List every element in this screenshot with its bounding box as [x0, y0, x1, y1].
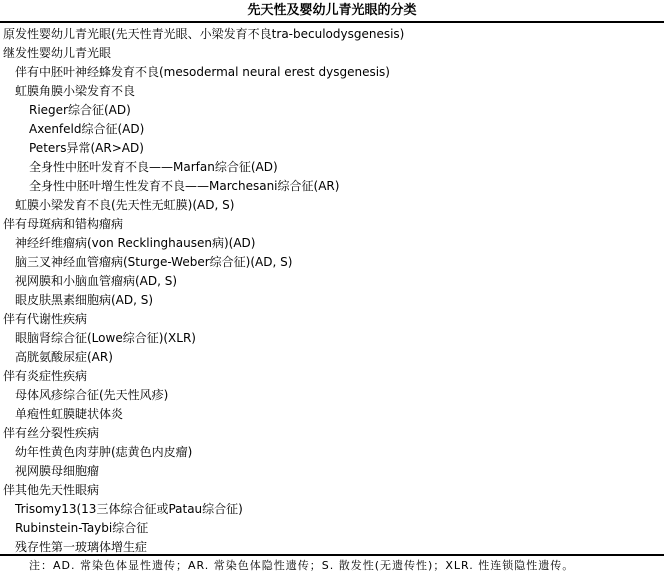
condition-row: Axenfeld综合征(AD) [0, 120, 664, 139]
category-row: 继发性婴幼儿青光眼 [0, 44, 664, 63]
subcategory-row: 虹膜小梁发育不良(先天性无虹膜)(AD, S) [0, 196, 664, 215]
category-row: 伴其他先天性眼病 [0, 481, 664, 500]
category-row: 伴有代谢性疾病 [0, 310, 664, 329]
subcategory-row: 幼年性黄色肉芽肿(痣黄色内皮瘤) [0, 443, 664, 462]
subcategory-row: 眼脑肾综合征(Lowe综合征)(XLR) [0, 329, 664, 348]
subcategory-row: 虹膜角膜小梁发育不良 [0, 82, 664, 101]
subcategory-row: 母体风疹综合征(先天性风疹) [0, 386, 664, 405]
category-row: 原发性婴幼儿青光眼(先天性青光眼、小梁发育不良tra-beculodysgene… [0, 25, 664, 44]
table-title: 先天性及婴幼儿青光眼的分类 [0, 3, 664, 19]
subcategory-row: 脑三叉神经血管瘤病(Sturge-Weber综合征)(AD, S) [0, 253, 664, 272]
top-rule [0, 21, 664, 23]
condition-row: Peters异常(AR>AD) [0, 139, 664, 158]
category-row: 伴有母斑病和错构瘤病 [0, 215, 664, 234]
subcategory-row: 高胱氨酸尿症(AR) [0, 348, 664, 367]
condition-row: Rieger综合征(AD) [0, 101, 664, 120]
footnote: 注：AD. 常染色体显性遗传；AR. 常染色体隐性遗传；S. 散发性(无遗传性)… [29, 557, 574, 575]
bottom-rule [0, 554, 664, 556]
subcategory-row: 神经纤维瘤病(von Recklinghausen病)(AD) [0, 234, 664, 253]
subcategory-row: Trisomy13(13三体综合征或Patau综合征) [0, 500, 664, 519]
subcategory-row: 视网膜和小脑血管瘤病(AD, S) [0, 272, 664, 291]
condition-row: 全身性中胚叶增生性发育不良——Marchesani综合征(AR) [0, 177, 664, 196]
condition-row: 全身性中胚叶发育不良——Marfan综合征(AD) [0, 158, 664, 177]
subcategory-row: 伴有中胚叶神经蜂发育不良(mesodermal neural erest dys… [0, 63, 664, 82]
category-row: 伴有炎症性疾病 [0, 367, 664, 386]
subcategory-row: Rubinstein-Taybi综合征 [0, 519, 664, 538]
classification-list: 原发性婴幼儿青光眼(先天性青光眼、小梁发育不良tra-beculodysgene… [0, 25, 664, 557]
subcategory-row: 眼皮肤黑素细胞病(AD, S) [0, 291, 664, 310]
category-row: 伴有丝分裂性疾病 [0, 424, 664, 443]
subcategory-row: 视网膜母细胞瘤 [0, 462, 664, 481]
subcategory-row: 单疱性虹膜睫状体炎 [0, 405, 664, 424]
